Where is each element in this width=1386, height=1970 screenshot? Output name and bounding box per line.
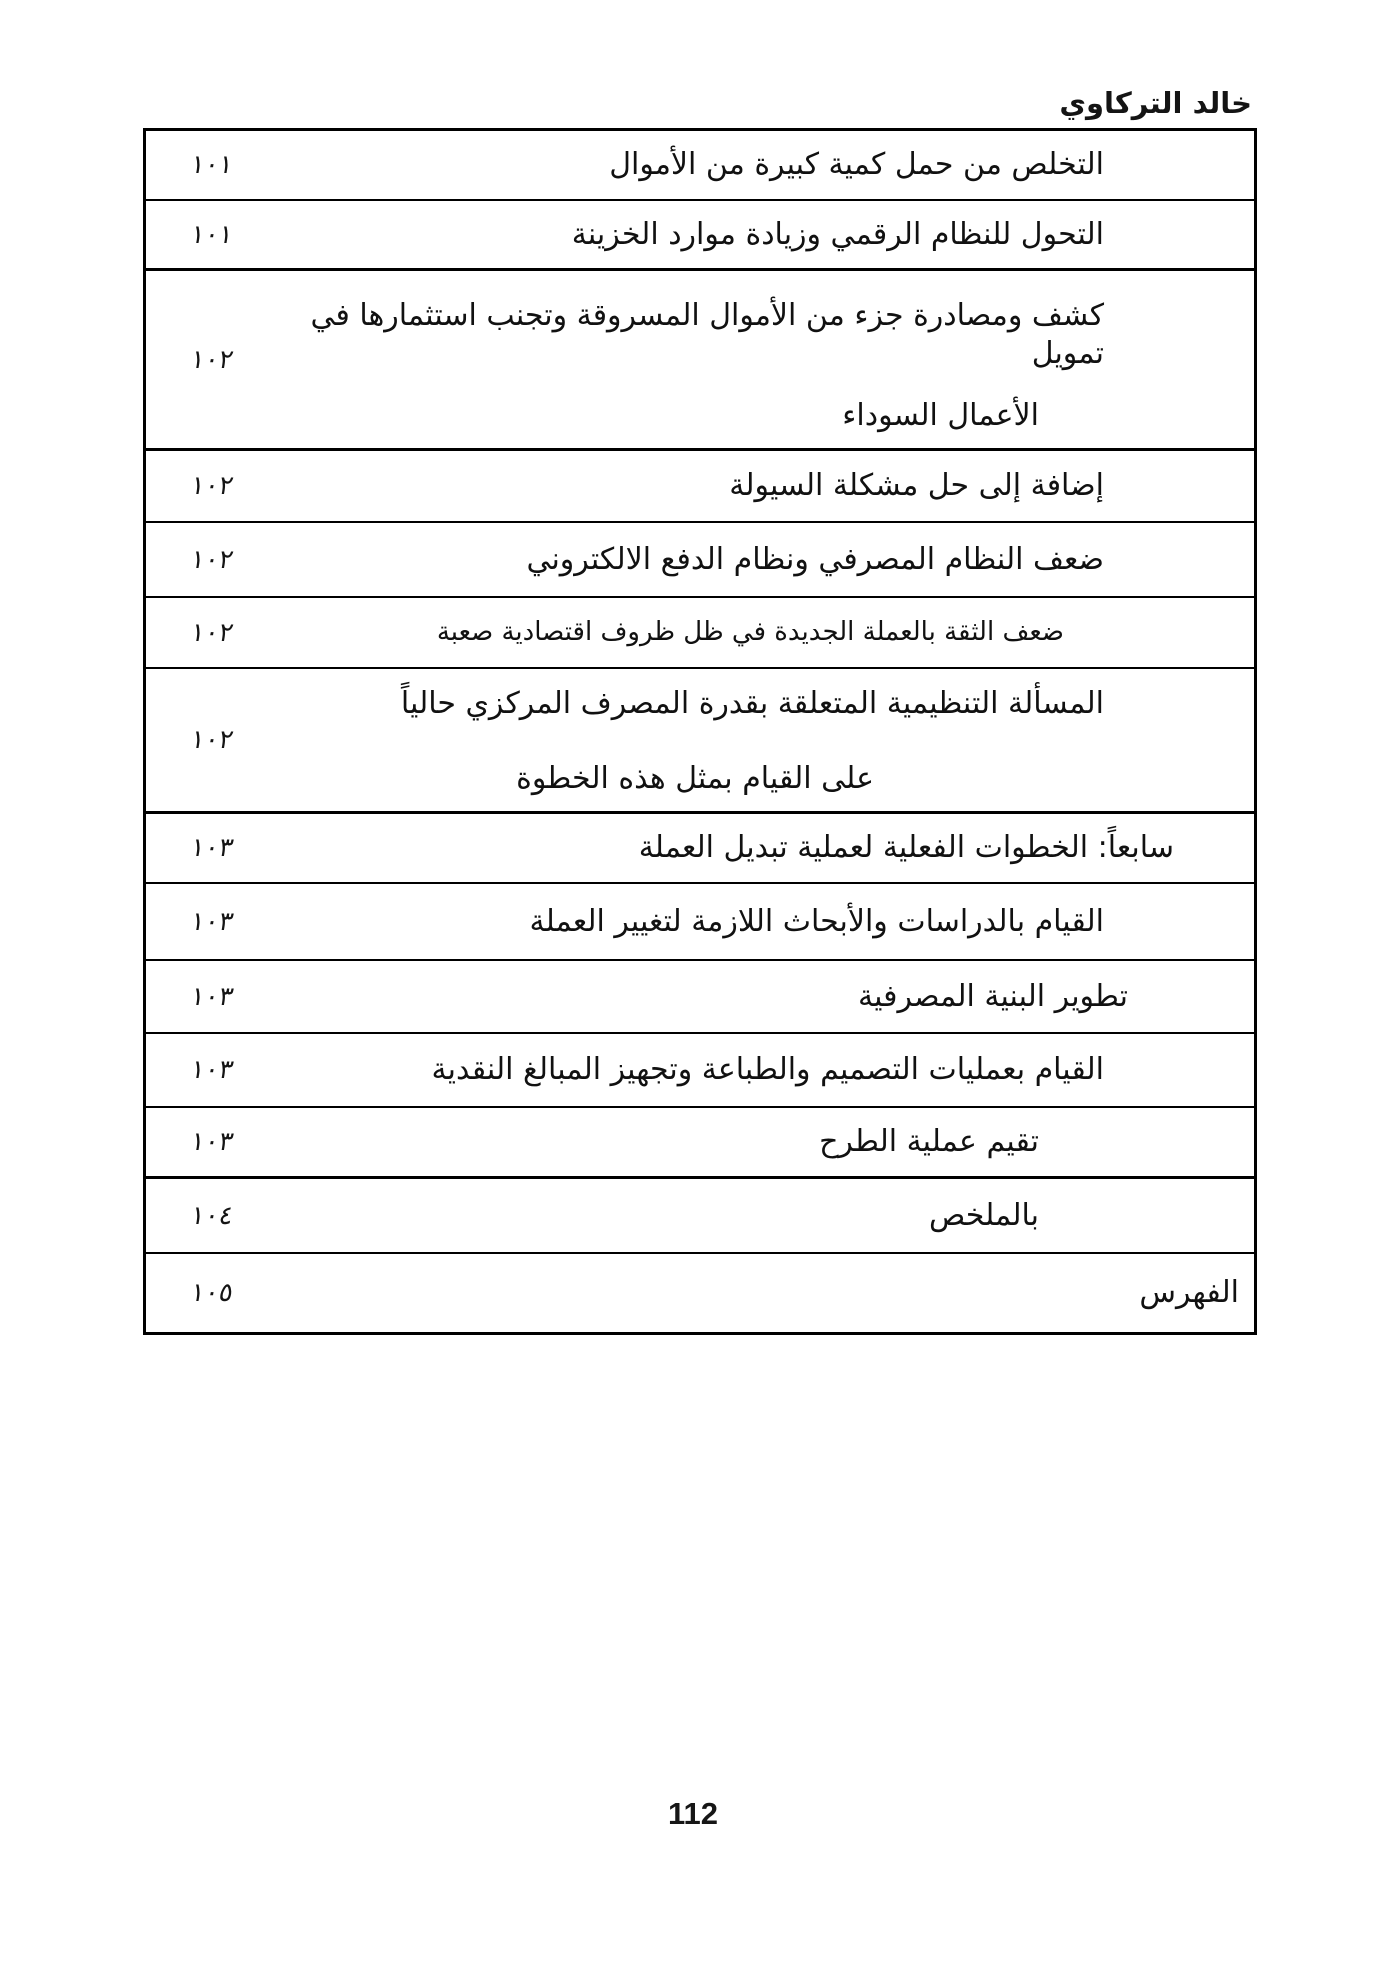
toc-entry-title: إضافة إلى حل مشكلة السيولة bbox=[276, 467, 1104, 505]
toc-entry-title: بالملخص bbox=[276, 1197, 1039, 1235]
toc-entry-title: سابعاً: الخطوات الفعلية لعملية تبديل الع… bbox=[276, 829, 1174, 867]
toc-page-number: ١٠٢ bbox=[163, 345, 260, 375]
toc-page-number: ١٠٣ bbox=[163, 982, 260, 1012]
toc-row: ١٠٤ بالملخص bbox=[146, 1179, 1254, 1254]
toc-entry-title: القيام بالدراسات والأبحاث اللازمة لتغيير… bbox=[276, 903, 1104, 941]
toc-entry-title: تقيم عملية الطرح bbox=[276, 1123, 1039, 1161]
toc-page-number: ١٠٣ bbox=[163, 1127, 260, 1157]
toc-page-number: ١٠٢ bbox=[163, 471, 260, 501]
toc-entry-title: القيام بعمليات التصميم والطباعة وتجهيز ا… bbox=[276, 1051, 1104, 1089]
toc-page-number: ١٠٤ bbox=[163, 1201, 260, 1231]
toc-page-number: ١٠٥ bbox=[163, 1278, 260, 1308]
toc-page-number: ١٠١ bbox=[163, 220, 260, 250]
toc-page-number: ١٠٣ bbox=[163, 907, 260, 937]
toc-entry-title: تطوير البنية المصرفية bbox=[276, 978, 1128, 1016]
toc-row: ١٠٣ تطوير البنية المصرفية bbox=[146, 961, 1254, 1034]
toc-entry-title-line2: على القيام بمثل هذه الخطوة bbox=[276, 760, 874, 798]
toc-entry-title: كشف ومصادرة جزء من الأموال المسروقة وتجن… bbox=[276, 297, 1104, 372]
footer-page-number: 112 bbox=[0, 1796, 1386, 1832]
toc-row: ١٠٢ ضعف النظام المصرفي ونظام الدفع الالك… bbox=[146, 523, 1254, 598]
page-header-author: خالد التركاوي bbox=[1059, 86, 1252, 120]
toc-row: ١٠١ التحول للنظام الرقمي وزيادة موارد ال… bbox=[146, 201, 1254, 271]
toc-row: ١٠٣ سابعاً: الخطوات الفعلية لعملية تبديل… bbox=[146, 814, 1254, 884]
toc-entry-title-line2: الأعمال السوداء bbox=[276, 397, 1039, 435]
toc-page-number: ١٠١ bbox=[163, 150, 260, 180]
toc-page-number: ١٠٣ bbox=[163, 1055, 260, 1085]
toc-row: ١٠٢ ضعف الثقة بالعملة الجديدة في ظل ظروف… bbox=[146, 598, 1254, 669]
toc-page-number: ١٠٣ bbox=[163, 833, 260, 863]
toc-page-number: ١٠٢ bbox=[163, 545, 260, 575]
toc-row: ١٠٥ الفهرس bbox=[146, 1254, 1254, 1332]
toc-page-number: ١٠٢ bbox=[163, 725, 260, 755]
toc-entry-title: ضعف النظام المصرفي ونظام الدفع الالكترون… bbox=[276, 541, 1104, 579]
toc-row: ١٠٢ كشف ومصادرة جزء من الأموال المسروقة … bbox=[146, 271, 1254, 451]
toc-entry-title: المسألة التنظيمية المتعلقة بقدرة المصرف … bbox=[276, 685, 1104, 723]
toc-row: ١٠٣ القيام بالدراسات والأبحاث اللازمة لت… bbox=[146, 884, 1254, 961]
toc-entry-title: التخلص من حمل كمية كبيرة من الأموال bbox=[276, 146, 1104, 184]
toc-row: ١٠٢ إضافة إلى حل مشكلة السيولة bbox=[146, 451, 1254, 523]
toc-entry-title: الفهرس bbox=[276, 1274, 1239, 1312]
toc-row: ١٠٢ المسألة التنظيمية المتعلقة بقدرة الم… bbox=[146, 669, 1254, 814]
toc-page-number: ١٠٢ bbox=[163, 618, 260, 648]
toc-entry-title: التحول للنظام الرقمي وزيادة موارد الخزين… bbox=[276, 216, 1104, 254]
toc-table: ١٠١ التخلص من حمل كمية كبيرة من الأموال … bbox=[143, 128, 1257, 1335]
toc-row: ١٠١ التخلص من حمل كمية كبيرة من الأموال bbox=[146, 131, 1254, 201]
document-page: خالد التركاوي ١٠١ التخلص من حمل كمية كبي… bbox=[0, 0, 1386, 1970]
toc-row: ١٠٣ القيام بعمليات التصميم والطباعة وتجه… bbox=[146, 1034, 1254, 1108]
toc-row: ١٠٣ تقيم عملية الطرح bbox=[146, 1108, 1254, 1179]
toc-entry-title: ضعف الثقة بالعملة الجديدة في ظل ظروف اقت… bbox=[276, 616, 1064, 649]
